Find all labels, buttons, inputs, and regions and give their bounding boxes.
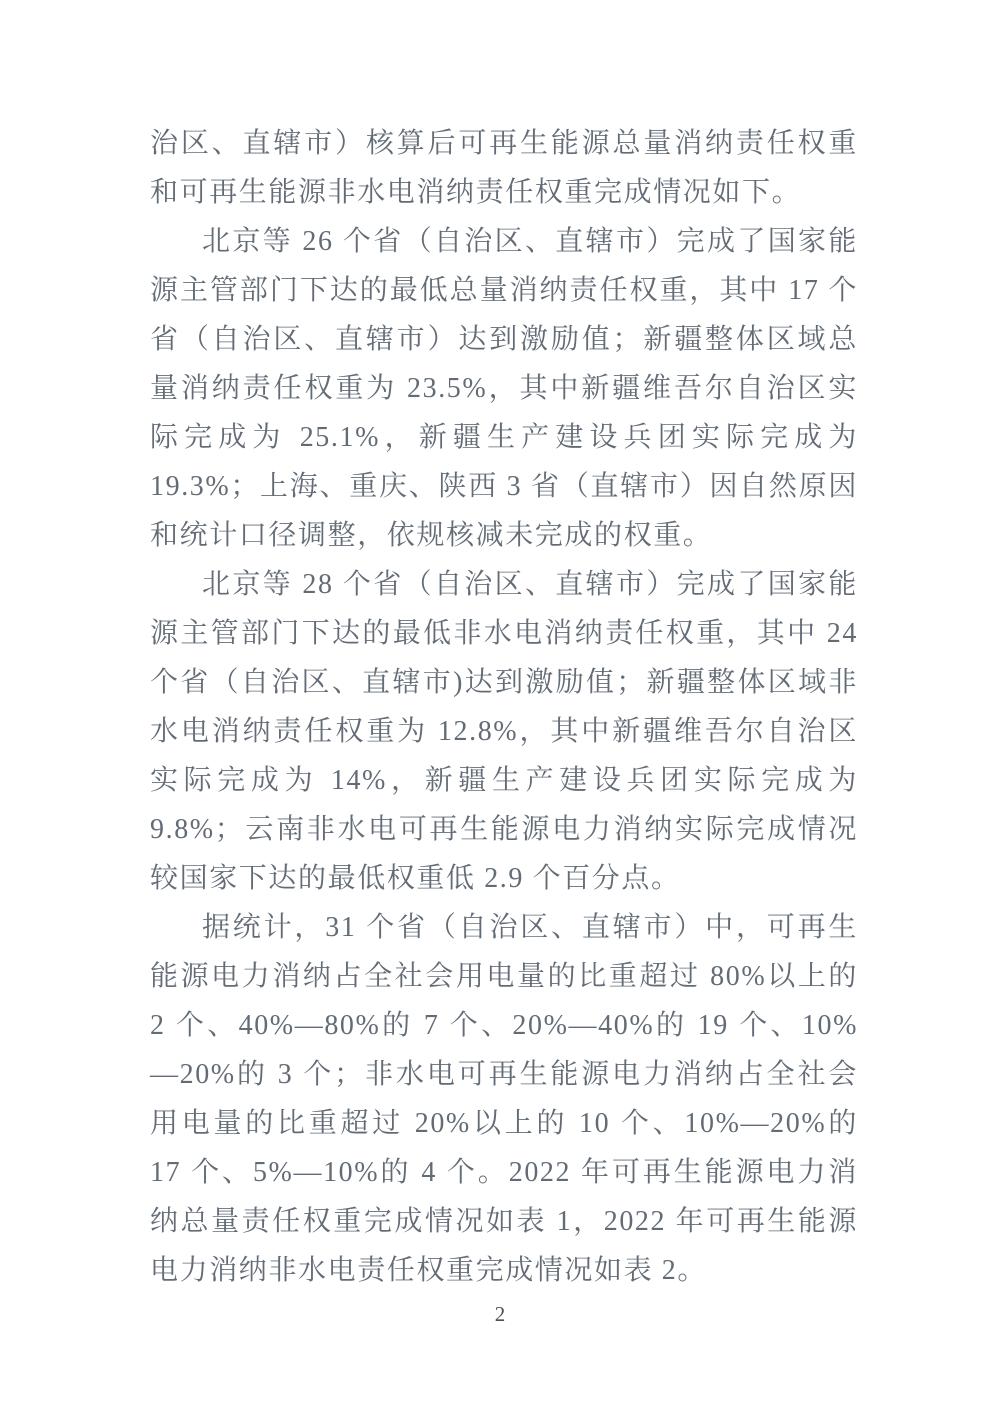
document-page: 治区、直辖市）核算后可再生能源总量消纳责任权重和可再生能源非水电消纳责任权重完成… xyxy=(0,0,1000,1414)
paragraph-total-weight-completion: 北京等 26 个省（自治区、直辖市）完成了国家能源主管部门下达的最低总量消纳责任… xyxy=(150,217,858,560)
paragraph-continuation: 治区、直辖市）核算后可再生能源总量消纳责任权重和可再生能源非水电消纳责任权重完成… xyxy=(150,119,858,217)
paragraph-nonhydro-weight-completion: 北京等 28 个省（自治区、直辖市）完成了国家能源主管部门下达的最低非水电消纳责… xyxy=(150,560,858,903)
document-body: 治区、直辖市）核算后可再生能源总量消纳责任权重和可再生能源非水电消纳责任权重完成… xyxy=(150,119,858,1295)
paragraph-statistics-summary: 据统计，31 个省（自治区、直辖市）中，可再生能源电力消纳占全社会用电量的比重超… xyxy=(150,903,858,1295)
page-number: 2 xyxy=(0,1300,1000,1328)
